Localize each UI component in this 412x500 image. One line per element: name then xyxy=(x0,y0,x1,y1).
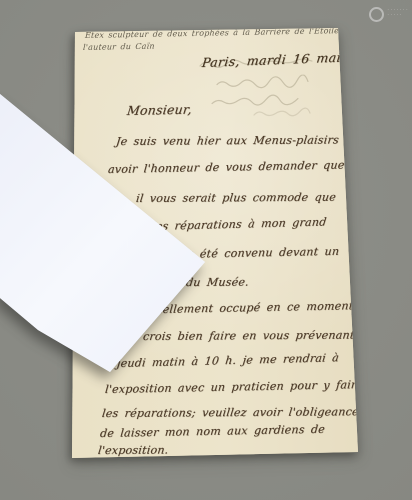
letter-line: l'exposition avec un praticien pour y fa… xyxy=(104,378,363,396)
ring-logo-icon xyxy=(369,7,384,22)
letter-line: il a été convenu devant un xyxy=(172,245,339,261)
watermark-text: ······· ····· xyxy=(387,8,409,18)
photograph-of-letter: Etex sculpteur de deux trophées à la Bar… xyxy=(0,0,412,500)
letter-line: il vous serait plus commode que xyxy=(135,191,337,205)
letter-line: de laisser mon nom aux gardiens de xyxy=(99,423,325,440)
watermark-row: ····· xyxy=(387,13,409,18)
letter-paper: Etex sculpteur de deux trophées à la Bar… xyxy=(0,0,412,500)
bleed-through-line xyxy=(252,103,315,124)
letter-line: du Musée. xyxy=(185,276,249,289)
letter-line: l'exposition. xyxy=(97,444,169,458)
watermark: ······· ····· xyxy=(369,7,409,22)
letter-line: tellement occupé en ce moment xyxy=(157,299,354,316)
pencil-annotation-line2: l'auteur du Caïn xyxy=(83,42,155,52)
letter-line: Je suis venu hier aux Menus-plaisirs pou… xyxy=(115,133,373,148)
letter-line: avoir l'honneur de vous demander quel xyxy=(107,158,348,176)
letter-paper-shadow: Etex sculpteur de deux trophées à la Bar… xyxy=(0,0,412,500)
letter-line: les réparations à mon grand xyxy=(151,215,327,233)
letter-line: crois bien faire en vous prévenant xyxy=(142,329,355,343)
pencil-annotation-line1: Etex sculpteur de deux trophées à la Bar… xyxy=(85,26,340,40)
letter-line: jeudi matin à 10 h. je me rendrai à xyxy=(116,351,340,370)
salutation: Monsieur, xyxy=(126,102,193,118)
letter-line: les réparations; veuillez avoir l'oblige… xyxy=(101,405,359,420)
